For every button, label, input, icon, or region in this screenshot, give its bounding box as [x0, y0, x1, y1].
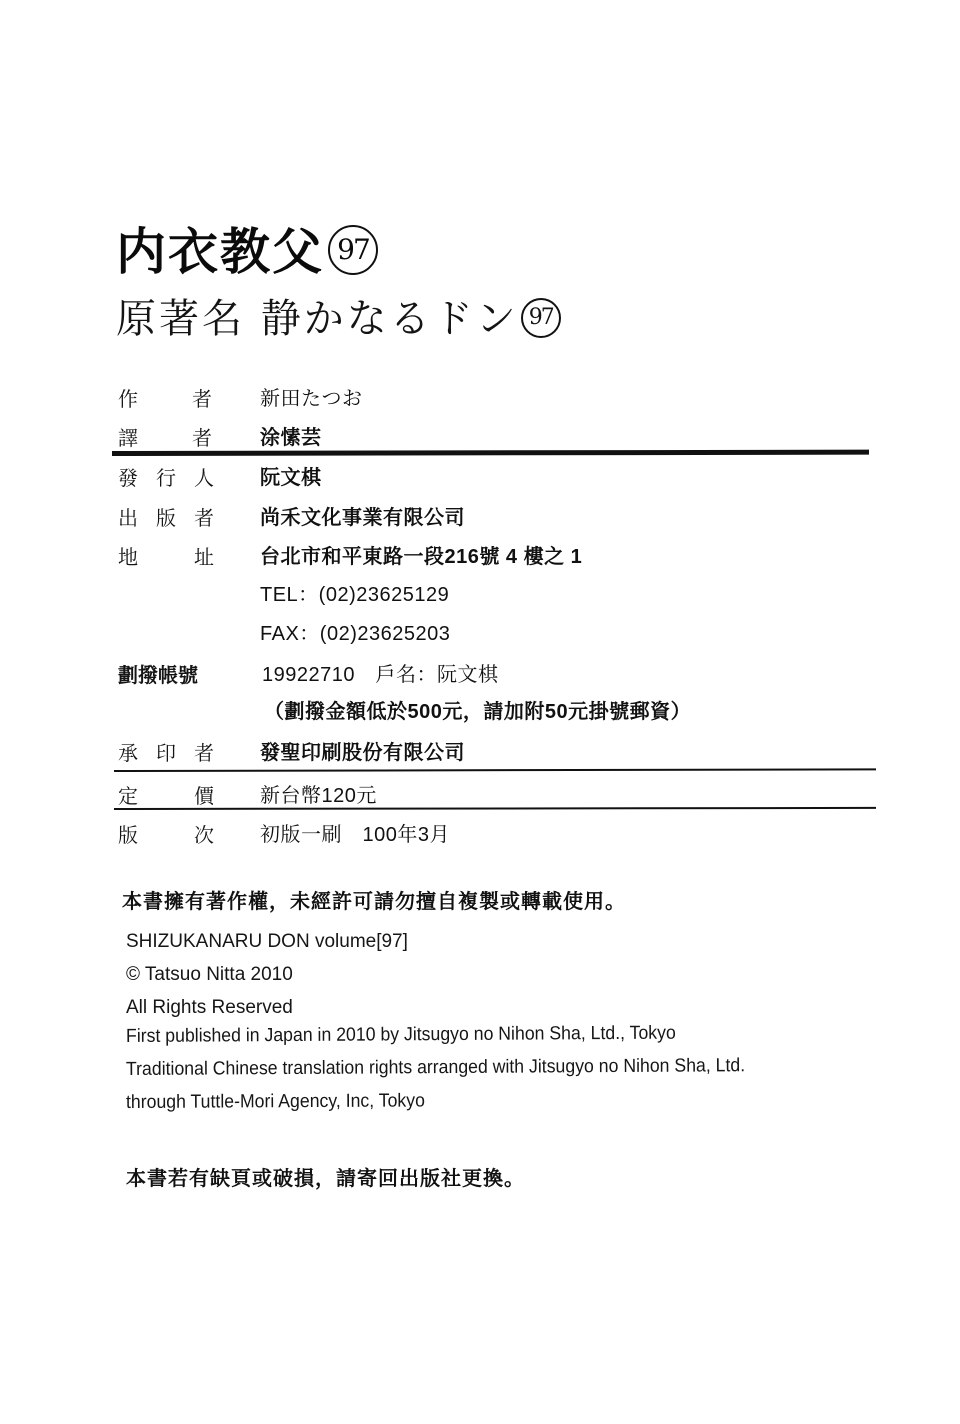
original-volume-badge: 97 — [521, 298, 561, 338]
replacement-notice: 本書若有缺頁或破損，請寄回出版社更換。 — [126, 1164, 525, 1192]
fax-value: FAX：(02)23625203 — [260, 619, 450, 649]
price-value: 新台幣120元 — [260, 781, 377, 811]
issuer-label: 發 行 人 — [118, 463, 214, 493]
first-published: First published in Japan in 2010 by Jits… — [126, 1021, 676, 1050]
label-char: 址 — [194, 542, 214, 572]
label-char: 者 — [194, 503, 214, 533]
label-char: 印 — [156, 738, 176, 768]
transfer-value: 19922710 戶名：阮文棋 — [262, 660, 498, 690]
copyright-notice: 本書擁有著作權，未經許可請勿擅自複製或轉載使用。 — [122, 887, 626, 915]
label-char: 發 — [118, 463, 138, 493]
printer-value: 發聖印刷股份有限公司 — [260, 738, 465, 768]
tel-value: TEL：(02)23625129 — [260, 580, 449, 610]
agency-line: through Tuttle-Mori Agency, Inc, Tokyo — [126, 1088, 425, 1116]
author-label: 作 者 — [118, 384, 218, 414]
label-char: 行 — [156, 463, 176, 493]
thick-divider — [112, 450, 869, 456]
label-char: 譯 — [118, 423, 138, 453]
translator-value: 涂愫芸 — [260, 423, 322, 453]
original-title: 原著名 静かなるドン97 — [116, 294, 561, 344]
address-value: 台北市和平東路一段216號 4 樓之 1 — [260, 542, 582, 572]
book-title-text: 内衣教父 — [116, 223, 324, 281]
transfer-label: 劃撥帳號 — [118, 660, 218, 690]
divider — [114, 768, 876, 772]
book-title: 内衣教父97 — [116, 222, 378, 282]
divider — [114, 807, 876, 810]
label-char: 者 — [192, 423, 212, 453]
price-label: 定 價 — [118, 781, 214, 811]
rights-reserved: All Rights Reserved — [126, 995, 293, 1021]
label-char: 者 — [192, 384, 212, 414]
label-char: 定 — [118, 781, 138, 811]
edition-value: 初版一刷 100年3月 — [260, 820, 450, 850]
copyright-line: © Tatsuo Nitta 2010 — [126, 962, 293, 988]
volume-number-badge: 97 — [328, 225, 378, 275]
author-value: 新田たつお — [260, 384, 363, 414]
label-char: 者 — [194, 738, 214, 768]
issuer-value: 阮文棋 — [260, 463, 322, 493]
label-char: 版 — [156, 503, 176, 533]
label-char: 地 — [118, 542, 138, 572]
publisher-label: 出 版 者 — [118, 503, 214, 533]
translation-rights: Traditional Chinese translation rights a… — [126, 1053, 745, 1083]
label-char: 承 — [118, 738, 138, 768]
translator-label: 譯 者 — [118, 423, 218, 453]
edition-label: 版 次 — [118, 820, 214, 850]
label-char: 價 — [194, 781, 214, 811]
address-label: 地 址 — [118, 542, 214, 572]
label-char: 次 — [194, 820, 214, 850]
printer-label: 承 印 者 — [118, 738, 214, 768]
original-title-label: 原著名 — [116, 296, 245, 342]
label-char: 出 — [118, 503, 138, 533]
english-title: SHIZUKANARU DON volume[97] — [126, 929, 408, 955]
publisher-value: 尚禾文化事業有限公司 — [260, 503, 465, 533]
label-char: 版 — [118, 820, 138, 850]
label-text: 劃撥帳號 — [118, 660, 198, 690]
original-title-text: 静かなるドン — [261, 296, 519, 342]
label-char: 人 — [194, 463, 214, 493]
transfer-note: （劃撥金額低於500元，請加附50元掛號郵資） — [264, 697, 691, 727]
label-char: 作 — [118, 384, 138, 414]
